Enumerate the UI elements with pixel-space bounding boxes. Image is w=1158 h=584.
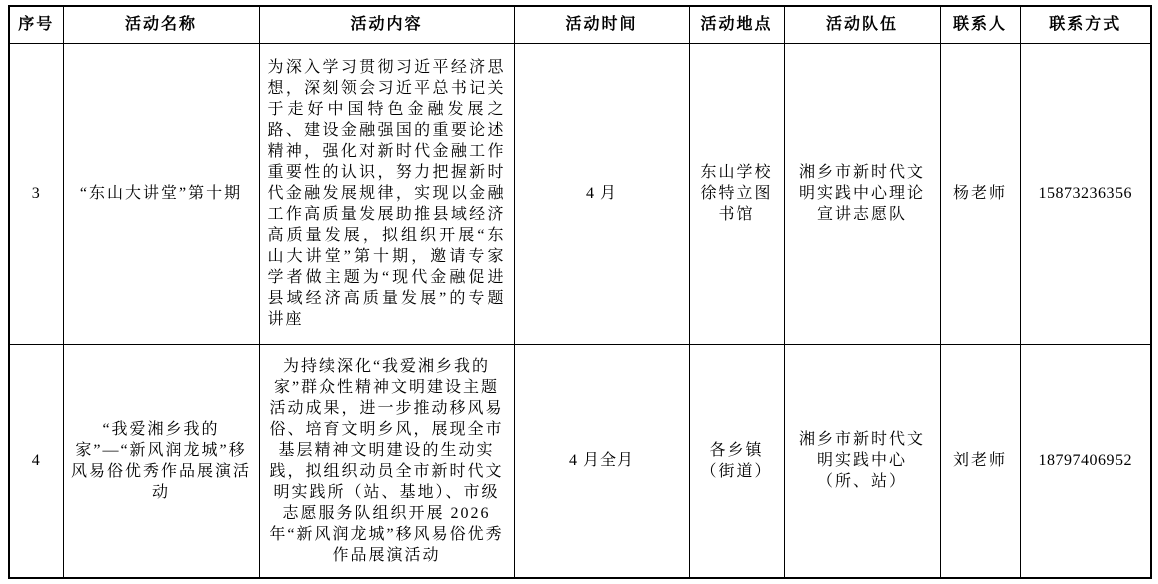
- cell-activity-time: 4 月全月: [514, 344, 689, 578]
- header-contact-phone: 联系方式: [1020, 6, 1151, 43]
- header-activity-name: 活动名称: [63, 6, 259, 43]
- table-row: 3 “东山大讲堂”第十期 为深入学习贯彻习近平经济思想，深刻领会习近平总书记关于…: [9, 43, 1151, 344]
- cell-contact-person: 杨老师: [940, 43, 1020, 344]
- cell-index: 4: [9, 344, 63, 578]
- cell-contact-phone: 18797406952: [1020, 344, 1151, 578]
- header-activity-content: 活动内容: [259, 6, 514, 43]
- header-activity-time: 活动时间: [514, 6, 689, 43]
- cell-activity-location: 各乡镇（街道）: [689, 344, 784, 578]
- table-row: 4 “我爱湘乡我的家”—“新风润龙城”移风易俗优秀作品展演活动 为持续深化“我爱…: [9, 344, 1151, 578]
- cell-activity-name: “东山大讲堂”第十期: [63, 43, 259, 344]
- cell-activity-team: 湘乡市新时代文明实践中心理论宣讲志愿队: [784, 43, 940, 344]
- cell-activity-location: 东山学校徐特立图书馆: [689, 43, 784, 344]
- cell-activity-team: 湘乡市新时代文明实践中心（所、站）: [784, 344, 940, 578]
- header-index: 序号: [9, 6, 63, 43]
- header-activity-location: 活动地点: [689, 6, 784, 43]
- cell-activity-time: 4 月: [514, 43, 689, 344]
- cell-contact-phone: 15873236356: [1020, 43, 1151, 344]
- header-contact-person: 联系人: [940, 6, 1020, 43]
- activity-schedule-table: 序号 活动名称 活动内容 活动时间 活动地点 活动队伍 联系人 联系方式 3 “…: [8, 5, 1152, 579]
- cell-index: 3: [9, 43, 63, 344]
- cell-contact-person: 刘老师: [940, 344, 1020, 578]
- cell-activity-content: 为持续深化“我爱湘乡我的家”群众性精神文明建设主题活动成果，进一步推动移风易俗、…: [259, 344, 514, 578]
- cell-activity-name: “我爱湘乡我的家”—“新风润龙城”移风易俗优秀作品展演活动: [63, 344, 259, 578]
- table-header-row: 序号 活动名称 活动内容 活动时间 活动地点 活动队伍 联系人 联系方式: [9, 6, 1151, 43]
- activity-schedule-page: 序号 活动名称 活动内容 活动时间 活动地点 活动队伍 联系人 联系方式 3 “…: [0, 0, 1158, 584]
- cell-activity-content: 为深入学习贯彻习近平经济思想，深刻领会习近平总书记关于走好中国特色金融发展之路、…: [259, 43, 514, 344]
- header-activity-team: 活动队伍: [784, 6, 940, 43]
